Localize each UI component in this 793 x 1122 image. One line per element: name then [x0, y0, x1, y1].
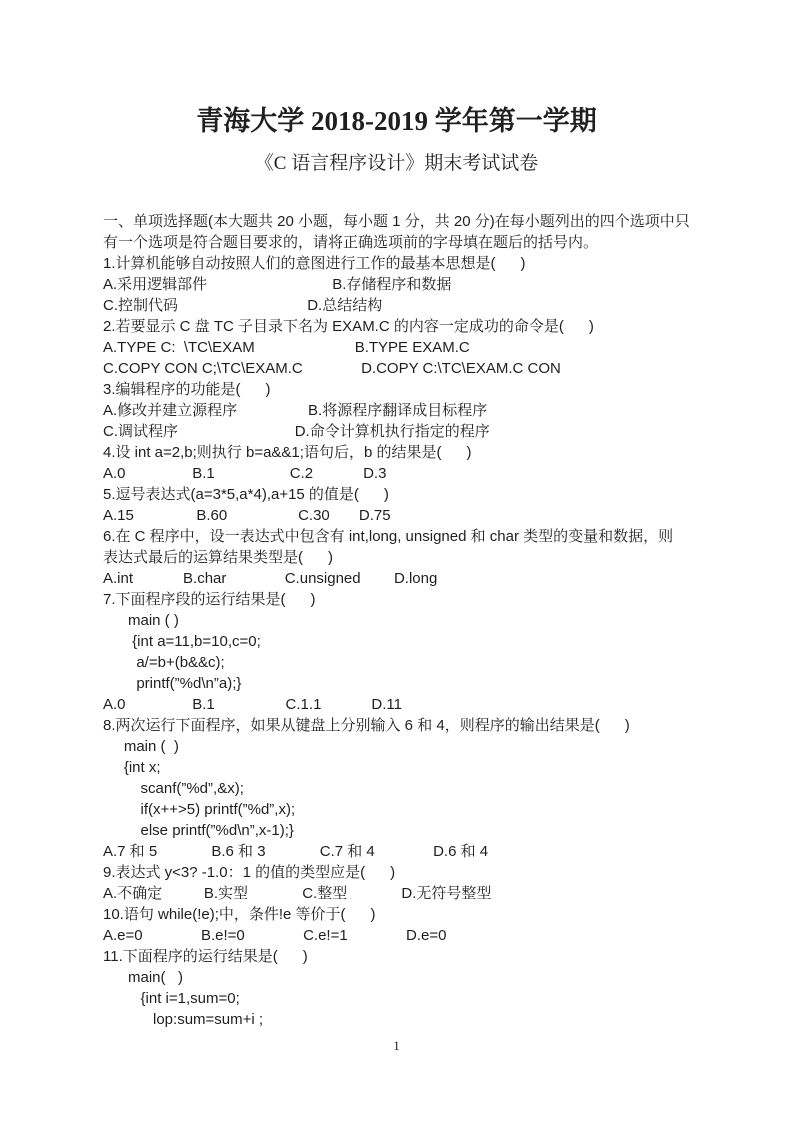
- document-line: 11.下面程序的运行结果是( ): [103, 946, 743, 967]
- document-line: A.修改并建立源程序 B.将源程序翻译成目标程序: [103, 400, 743, 421]
- document-line: A.7 和 5 B.6 和 3 C.7 和 4 D.6 和 4: [103, 841, 743, 862]
- document-line: printf(”%d\n”a);}: [103, 673, 743, 694]
- document-line: 5.逗号表达式(a=3*5,a*4),a+15 的值是( ): [103, 484, 743, 505]
- document-line: A.TYPE C: \TC\EXAM B.TYPE EXAM.C: [103, 337, 743, 358]
- document-line: C.COPY CON C;\TC\EXAM.C D.COPY C:\TC\EXA…: [103, 358, 743, 379]
- document-line: 3.编辑程序的功能是( ): [103, 379, 743, 400]
- document-line: A.0 B.1 C.1.1 D.11: [103, 694, 743, 715]
- document-line: 有一个选项是符合题目要求的，请将正确选项前的字母填在题后的括号内。: [103, 232, 743, 253]
- document-line: A.0 B.1 C.2 D.3: [103, 463, 743, 484]
- document-line: A.int B.char C.unsigned D.long: [103, 568, 743, 589]
- document-line: {int i=1,sum=0;: [103, 988, 743, 1009]
- document-line: 7.下面程序段的运行结果是( ): [103, 589, 743, 610]
- document-line: lop:sum=sum+i ;: [103, 1009, 743, 1030]
- document-line: 9.表达式 y<3? -1.0：1 的值的类型应是( ): [103, 862, 743, 883]
- document-line: C.控制代码 D.总结结构: [103, 295, 743, 316]
- document-line: 10.语句 while(!e);中，条件!e 等价于( ): [103, 904, 743, 925]
- page: 青海大学 2018-2019 学年第一学期 《C 语言程序设计》期末考试试卷 一…: [0, 0, 793, 1122]
- document-line: A.不确定 B.实型 C.整型 D.无符号整型: [103, 883, 743, 904]
- document-line: 4.设 int a=2,b;则执行 b=a&&1;语句后，b 的结果是( ): [103, 442, 743, 463]
- document-line: {int a=11,b=10,c=0;: [103, 631, 743, 652]
- page-number: 1: [0, 1038, 793, 1054]
- document-line: scanf(”%d”,&x);: [103, 778, 743, 799]
- document-line: main ( ): [103, 736, 743, 757]
- document-line: {int x;: [103, 757, 743, 778]
- document-line: main ( ): [103, 610, 743, 631]
- document-line: a/=b+(b&&c);: [103, 652, 743, 673]
- document-lines: 一、单项选择题(本大题共 20 小题，每小题 1 分，共 20 分)在每小题列出…: [103, 211, 743, 1030]
- document-line: 6.在 C 程序中，设一表达式中包含有 int,long, unsigned 和…: [103, 526, 743, 547]
- exam-subtitle: 《C 语言程序设计》期末考试试卷: [0, 150, 793, 177]
- document-line: 8.两次运行下面程序，如果从键盘上分别输入 6 和 4，则程序的输出结果是( ): [103, 715, 743, 736]
- document-line: C.调试程序 D.命令计算机执行指定的程序: [103, 421, 743, 442]
- document-line: if(x++>5) printf(”%d”,x);: [103, 799, 743, 820]
- document-line: main( ): [103, 967, 743, 988]
- exam-title: 青海大学 2018-2019 学年第一学期: [0, 103, 793, 140]
- document-line: 表达式最后的运算结果类型是( ): [103, 547, 743, 568]
- document-line: A.采用逻辑部件 B.存储程序和数据: [103, 274, 743, 295]
- document-line: A.15 B.60 C.30 D.75: [103, 505, 743, 526]
- document-line: 一、单项选择题(本大题共 20 小题，每小题 1 分，共 20 分)在每小题列出…: [103, 211, 743, 232]
- document-line: 1.计算机能够自动按照人们的意图进行工作的最基本思想是( ): [103, 253, 743, 274]
- document-line: A.e=0 B.e!=0 C.e!=1 D.e=0: [103, 925, 743, 946]
- document-line: 2.若要显示 C 盘 TC 子目录下名为 EXAM.C 的内容一定成功的命令是(…: [103, 316, 743, 337]
- document-line: else printf(”%d\n”,x-1);}: [103, 820, 743, 841]
